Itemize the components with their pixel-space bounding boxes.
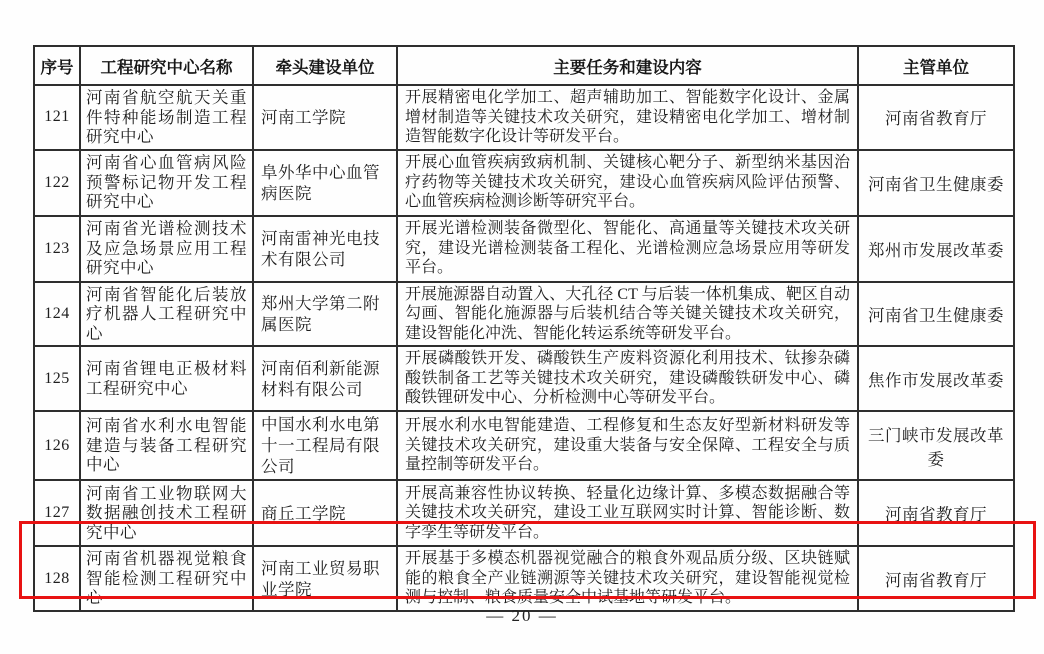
center-name: 河南省锂电正极材料工程研究中心 bbox=[80, 346, 253, 411]
column-header-name: 工程研究中心名称 bbox=[80, 46, 253, 85]
lead-unit: 河南佰利新能源材料有限公司 bbox=[253, 346, 397, 411]
supervising-unit: 河南省教育厅 bbox=[858, 546, 1014, 611]
center-name: 河南省光谱检测技术及应急场景应用工程研究中心 bbox=[80, 216, 253, 282]
page-number: — 20 — bbox=[0, 606, 1044, 626]
research-centers-table: 序号 工程研究中心名称 牵头建设单位 主要任务和建设内容 主管单位 121 河南… bbox=[33, 45, 1015, 612]
tasks-description: 开展水利水电智能建造、工程修复和生态友好型新材料研发等关键技术攻关研究，建设重大… bbox=[397, 411, 858, 480]
table-header-row: 序号 工程研究中心名称 牵头建设单位 主要任务和建设内容 主管单位 bbox=[34, 46, 1014, 85]
row-number: 124 bbox=[34, 282, 80, 347]
supervising-unit: 河南省卫生健康委 bbox=[858, 282, 1014, 347]
table-row-126: 126 河南省水利水电智能建造与装备工程研究中心 中国水利水电第十一工程局有限公… bbox=[34, 411, 1014, 480]
supervising-unit: 河南省卫生健康委 bbox=[858, 150, 1014, 216]
supervising-unit: 焦作市发展改革委 bbox=[858, 346, 1014, 411]
row-number: 126 bbox=[34, 411, 80, 480]
tasks-description: 开展精密电化学加工、超声辅助加工、智能数字化设计、金属增材制造等关键技术攻关研究… bbox=[397, 85, 858, 150]
row-number: 123 bbox=[34, 216, 80, 282]
table-row-125: 125 河南省锂电正极材料工程研究中心 河南佰利新能源材料有限公司 开展磷酸铁开… bbox=[34, 346, 1014, 411]
tasks-description: 开展施源器自动置入、大孔径 CT 与后装一体机集成、靶区自动勾画、智能化施源器与… bbox=[397, 282, 858, 347]
supervising-unit: 郑州市发展改革委 bbox=[858, 216, 1014, 282]
lead-unit: 中国水利水电第十一工程局有限公司 bbox=[253, 411, 397, 480]
lead-unit: 河南工学院 bbox=[253, 85, 397, 150]
column-header-tasks: 主要任务和建设内容 bbox=[397, 46, 858, 85]
lead-unit: 阜外华中心血管病医院 bbox=[253, 150, 397, 216]
supervising-unit: 三门峡市发展改革委 bbox=[858, 411, 1014, 480]
lead-unit: 郑州大学第二附属医院 bbox=[253, 282, 397, 347]
center-name: 河南省智能化后装放疗机器人工程研究中心 bbox=[80, 282, 253, 347]
table-row-123: 123 河南省光谱检测技术及应急场景应用工程研究中心 河南雷神光电技术有限公司 … bbox=[34, 216, 1014, 282]
column-header-no: 序号 bbox=[34, 46, 80, 85]
lead-unit: 河南工业贸易职业学院 bbox=[253, 546, 397, 611]
center-name: 河南省机器视觉粮食智能检测工程研究中心 bbox=[80, 546, 253, 611]
tasks-description: 开展高兼容性协议转换、轻量化边缘计算、多模态数据融合等关键技术攻关研究，建设工业… bbox=[397, 480, 858, 546]
tasks-description: 开展光谱检测装备微型化、智能化、高通量等关键技术攻关研究，建设光谱检测装备工程化… bbox=[397, 216, 858, 282]
center-name: 河南省心血管病风险预警标记物开发工程研究中心 bbox=[80, 150, 253, 216]
table-row-121: 121 河南省航空航天关重件特种能场制造工程研究中心 河南工学院 开展精密电化学… bbox=[34, 85, 1014, 150]
row-number: 128 bbox=[34, 546, 80, 611]
supervising-unit: 河南省教育厅 bbox=[858, 85, 1014, 150]
table-row-127: 127 河南省工业物联网大数据融创技术工程研究中心 商丘工学院 开展高兼容性协议… bbox=[34, 480, 1014, 546]
center-name: 河南省水利水电智能建造与装备工程研究中心 bbox=[80, 411, 253, 480]
column-header-lead: 牵头建设单位 bbox=[253, 46, 397, 85]
row-number: 121 bbox=[34, 85, 80, 150]
row-number: 127 bbox=[34, 480, 80, 546]
row-number: 125 bbox=[34, 346, 80, 411]
lead-unit: 商丘工学院 bbox=[253, 480, 397, 546]
lead-unit: 河南雷神光电技术有限公司 bbox=[253, 216, 397, 282]
tasks-description: 开展磷酸铁开发、磷酸铁生产废料资源化利用技术、钛掺杂磷酸铁制备工艺等关键技术攻关… bbox=[397, 346, 858, 411]
tasks-description: 开展基于多模态机器视觉融合的粮食外观品质分级、区块链赋能的粮食全产业链溯源等关键… bbox=[397, 546, 858, 611]
table-row-128-highlighted: 128 河南省机器视觉粮食智能检测工程研究中心 河南工业贸易职业学院 开展基于多… bbox=[34, 546, 1014, 611]
tasks-description: 开展心血管疾病致病机制、关键核心靶分子、新型纳米基因治疗药物等关键技术攻关研究，… bbox=[397, 150, 858, 216]
table-row-122: 122 河南省心血管病风险预警标记物开发工程研究中心 阜外华中心血管病医院 开展… bbox=[34, 150, 1014, 216]
center-name: 河南省工业物联网大数据融创技术工程研究中心 bbox=[80, 480, 253, 546]
column-header-supervisor: 主管单位 bbox=[858, 46, 1014, 85]
center-name: 河南省航空航天关重件特种能场制造工程研究中心 bbox=[80, 85, 253, 150]
table-row-124: 124 河南省智能化后装放疗机器人工程研究中心 郑州大学第二附属医院 开展施源器… bbox=[34, 282, 1014, 347]
document-page: 序号 工程研究中心名称 牵头建设单位 主要任务和建设内容 主管单位 121 河南… bbox=[0, 0, 1044, 654]
row-number: 122 bbox=[34, 150, 80, 216]
supervising-unit: 河南省教育厅 bbox=[858, 480, 1014, 546]
